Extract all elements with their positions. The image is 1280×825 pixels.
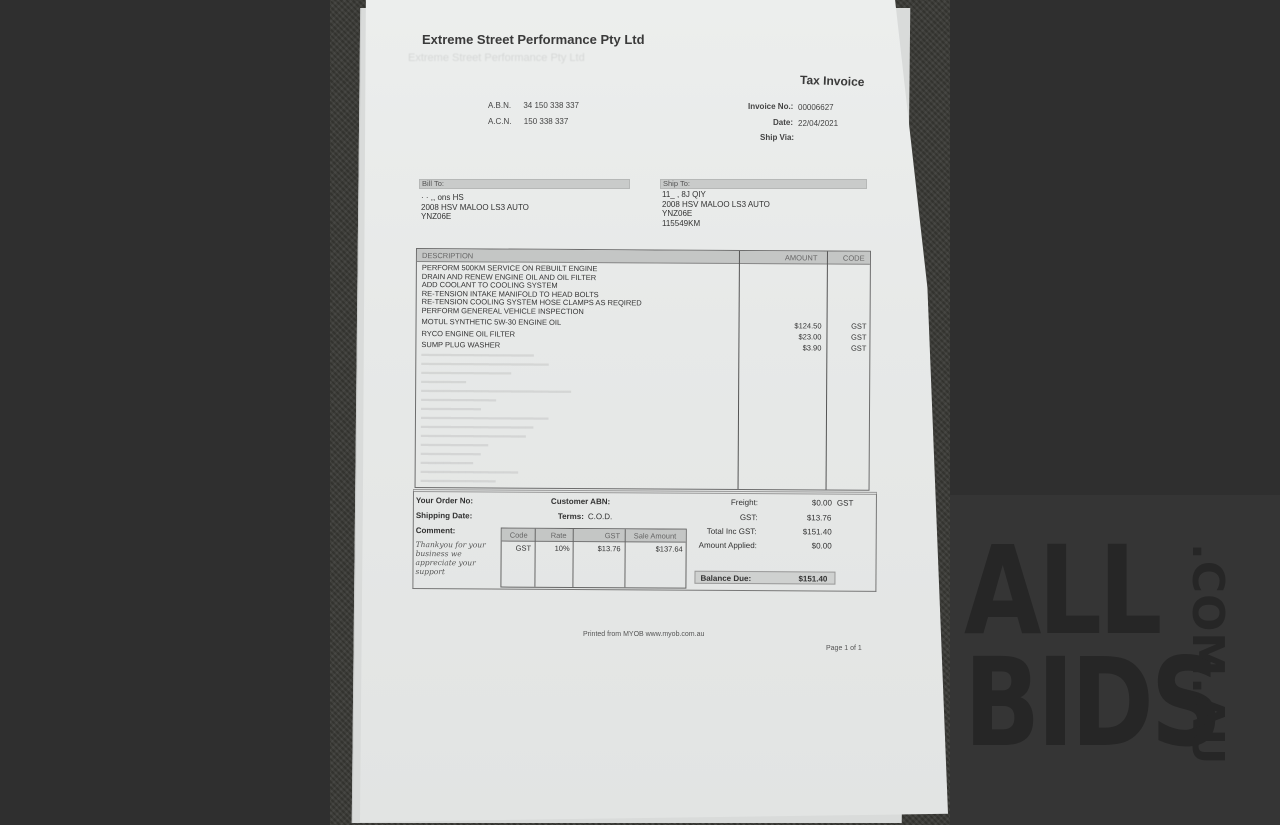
item-description: MOTUL SYNTHETIC 5W-30 ENGINE OIL [422,318,642,328]
tax-table-header: Code Rate GST Sale Amount [502,529,686,543]
ship-to-address: 11_ , 8J QIY 2008 HSV MALOO LS3 AUTO YNZ… [662,190,770,228]
item-amount: $124.50 [794,320,821,331]
total-label: Total Inc GST: [707,527,757,536]
bleed-through-lines: ▬▬▬▬▬▬▬▬▬▬▬▬▬▬▬▬▬▬▬▬▬▬▬▬▬▬▬▬▬▬▬▬▬▬▬▬▬▬▬▬… [421,349,572,485]
date-label: Date: [773,118,793,127]
column-divider [534,529,535,587]
bill-to-header: Bill To: [419,179,630,189]
bill-to-line: YNZ06E [421,212,529,222]
tax-col-code: Code [510,531,528,540]
watermark-domain: .COM.AU [1182,543,1233,765]
item-description: RYCO ENGINE OIL FILTER [421,330,641,340]
tax-col-gst: GST [605,531,620,540]
invoice-no-label: Invoice No.: [748,102,793,111]
invoice-document: Extreme Street Performance Pty Ltd Extre… [330,0,950,825]
tax-rate: 10% [555,544,570,553]
freight-label: Freight: [731,498,758,507]
order-no-label: Your Order No: [416,496,473,505]
col-description: DESCRIPTION [422,251,473,260]
shipping-date-label: Shipping Date: [416,511,473,520]
item-code: GST [851,343,866,354]
line-items-table: DESCRIPTION AMOUNT CODE PERFORM 500KM SE… [415,248,871,491]
gst-value: $13.76 [807,513,832,522]
ship-to-line: 11_ , 8J QIY [662,190,770,200]
comment-label: Comment: [416,526,456,535]
gst-label: GST: [740,513,758,522]
invoice-no-value: 00006627 [798,103,834,112]
tax-col-rate: Rate [551,531,567,540]
terms-value: C.O.D. [588,512,613,521]
terms-label: Terms: [558,512,584,521]
tax-gst: $13.76 [598,544,621,553]
acn-label: A.C.N. [488,117,512,126]
freight-code: GST [837,499,854,508]
ship-to-line: YNZ06E [662,209,770,219]
ship-to-line: 2008 HSV MALOO LS3 AUTO [662,200,770,210]
abn-value: 34 150 338 337 [523,101,579,110]
comment-line: Thankyou for your [416,540,486,549]
column-divider [624,529,625,587]
tax-summary-table: Code Rate GST Sale Amount GST 10% $13.76… [500,528,686,589]
description-list: PERFORM 500KM SERVICE ON REBUILT ENGINE … [421,264,642,351]
table-header: DESCRIPTION AMOUNT CODE [417,249,870,265]
bleed-through-text: Extreme Street Performance Pty Ltd [408,52,585,64]
customer-abn-label: Customer ABN: [551,497,610,506]
abn-row: A.B.N. 34 150 338 337 [488,101,579,110]
service-line: PERFORM GENEREAL VEHICLE INSPECTION [422,307,642,317]
total-value: $151.40 [803,527,832,536]
freight-value: $0.00 [812,498,832,507]
comment-line: business we [416,549,486,558]
tax-col-sale-amount: Sale Amount [634,531,677,540]
summary-section: Your Order No: Shipping Date: Comment: T… [412,489,877,592]
bill-to-address: · · ,, ons HS 2008 HSV MALOO LS3 AUTO YN… [421,193,529,222]
item-code: GST [851,321,866,332]
tax-table-row: GST 10% $13.76 $137.64 [502,542,686,555]
balance-due-value: $151.40 [798,574,827,583]
date-value: 22/04/2021 [798,119,838,128]
bill-to-label: Bill To: [422,179,444,188]
printed-from-text: Printed from MYOB www.myob.com.au [583,631,704,638]
bill-to-line: 2008 HSV MALOO LS3 AUTO [421,203,529,213]
code-list: GST GST GST [851,321,867,354]
amount-applied-label: Amount Applied: [699,541,757,550]
page-number: Page 1 of 1 [826,645,862,652]
tax-sale-amount: $137.64 [656,544,683,553]
item-code: GST [851,332,866,343]
item-amount: $3.90 [794,342,821,353]
balance-due-label: Balance Due: [700,574,751,583]
ship-to-line: 115549KM [662,219,770,229]
acn-row: A.C.N. 150 338 337 [488,117,568,126]
abn-label: A.B.N. [488,101,511,110]
company-name: Extreme Street Performance Pty Ltd [422,32,645,47]
document-title: Tax Invoice [800,73,865,89]
allbids-watermark: ALL BIDS .COM.AU [950,495,1280,825]
comment-line: support [415,567,485,576]
column-divider [738,251,740,489]
balance-due-box: Balance Due: $151.40 [694,571,835,585]
amount-list: $124.50 $23.00 $3.90 [794,320,821,353]
item-amount: $23.00 [794,331,821,342]
bill-to-line: · · ,, ons HS [421,193,529,203]
ship-via-label: Ship Via: [760,133,794,142]
column-divider [572,529,573,587]
acn-value: 150 338 337 [524,117,569,126]
tax-code: GST [516,544,531,553]
ship-to-header: Ship To: [660,179,867,189]
col-amount: AMOUNT [785,253,818,262]
comment-line: appreciate your [416,558,486,567]
ship-to-label: Ship To: [663,179,690,188]
comment-text: Thankyou for your business we appreciate… [415,540,485,576]
column-divider [826,252,828,490]
amount-applied-value: $0.00 [812,541,832,550]
col-code: CODE [843,254,865,263]
